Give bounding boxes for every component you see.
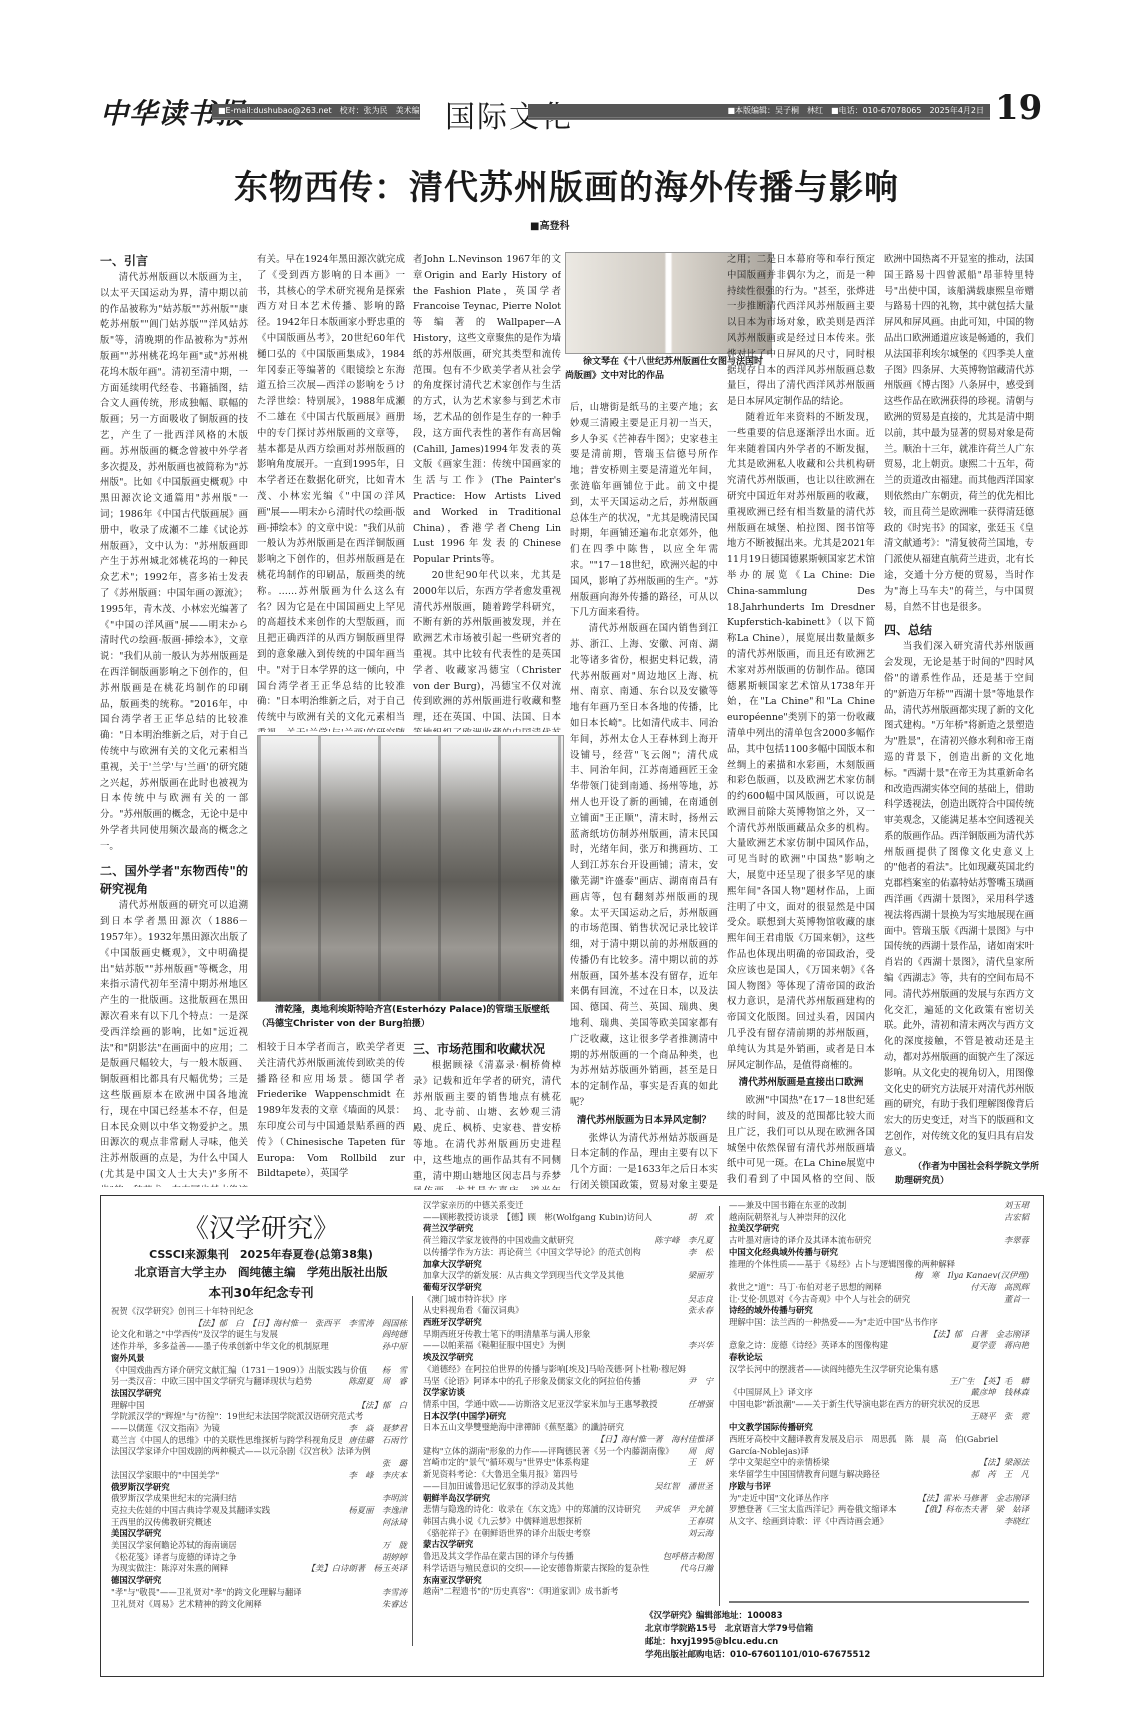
toc-entry-title: 鲁迅及其文学作品在蒙古国的译介与传播 [423,1551,574,1563]
section-heading-market: 三、市场范围和收藏状况 [413,1040,561,1058]
toc-entry: 卫礼贤对《周易》艺术精神的跨文化阐释朱睿达 [111,1599,407,1611]
toc-entry-author [707,1200,713,1212]
toc-entry: 意象之诗：庞德《诗经》英译本的图像构建夏学壹 蒋向艳 [729,1340,1029,1352]
toc-entry-title: 祝贺《汉学研究》创刊三十年特刊纪念 [111,1306,253,1318]
toc-entry: 学院派汉学的"辉煌"与"彷徨"：19世纪末法国学院派汉语研究范式考 [111,1411,407,1423]
paragraph: 后，山塘街是纸马的主要产地；玄妙观三清殿主要是正月初一当天，乡人争买《芒神春牛图… [570,400,718,621]
toc-entry: 王西里的汉传佛教研究概述何泳琦 [111,1517,407,1529]
toc-section-heading: 美国汉学研究 [111,1528,407,1540]
toc-entry: ——兼及中国书籍在东亚的改制刘玉珺 [729,1200,1029,1212]
toc-entry-title: 理解中国 [111,1400,145,1412]
toc-section-heading: 诗经的域外传播与研究 [729,1305,1029,1317]
toc-entry-author: 【法】郁 白 [351,1400,407,1412]
toc-authors: 【日】海村惟一著 海村佳惟译 [423,1434,713,1446]
toc-entry-author: 任增强 [682,1399,713,1411]
toc-entry-author: 万 胧 [376,1540,407,1552]
toc-authors: 梅 寒 Ilya Kanaev(汉伊理) [729,1270,1029,1282]
paragraph: 欧洲中国热离不开显室的推动，法国国王路易十四曾派船"昂菲特里特号"出使中国，该船… [884,252,1034,615]
toc-authors: 【法】郁 白 【日】海村惟一 张西平 李雪涛 阎国栋 [111,1318,407,1330]
toc-entry: 葛兰言《中国人的思维》中的关联性思维探析与跨学科视角反思唐佳璐 石雨竹 [111,1435,407,1447]
toc-entry: 新见资料考论：《大鲁迅全集月报》第四号 [423,1469,713,1481]
toc-entry: 学中文架起空中的亲情桥梁【法】梁源法 [729,1457,1029,1469]
toc-entry-title: 法国汉学家眼中的"中国美学" [111,1470,219,1482]
toc-entry-title: 学中文架起空中的亲情桥梁 [729,1457,830,1469]
toc-entry-title: ——顾彬教授访谈录 【德】顾 彬(Wolfgang Kubin)访问人 [423,1212,652,1224]
toc-entry: 祝贺《汉学研究》创刊三十年特刊纪念 [111,1306,407,1318]
toc-entry-title: 《松花笺》译者与庞德的译诗之争 [111,1552,237,1564]
toc-entry-author: 陈宇峰 李凡夏 [648,1235,713,1247]
toc-entry: 以传播学作为方法：再论荷兰《中国文学导论》的范式创构李 松 [423,1247,713,1259]
toc-entry-author [707,1422,713,1434]
toc-entry-title: 美国汉学家何瞻论苏轼的海南谪居 [111,1540,237,1552]
toc-entry-title: 宫崎市定的"景气"循环观与"世界史"体系构建 [423,1457,589,1469]
toc-section-heading: 朝鲜半岛汉学研究 [423,1493,713,1505]
paragraph: 20世纪90年代以来，尤其是2000年以后，东西方学者愈发重视清代苏州版画，随着… [413,568,561,732]
toc-entry-author [401,1411,407,1423]
toc-entry-title: 卫礼贤对《周易》艺术精神的跨文化阐释 [111,1599,262,1611]
toc-entry: ——顾彬教授访谈录 【德】顾 彬(Wolfgang Kubin)访问人胡 欢 [423,1212,713,1224]
paragraph: 清代苏州版画的研究可以追溯到日本学者黑田源次（1886－1957年）。1932年… [100,898,248,1187]
toc-entry: 早期西班牙传教士笔下的明清鼎革与满人形象 [423,1329,713,1341]
paragraph: 随着近年来资料的不断发现，一些重要的信息逐渐浮出水面。近年来随着国内外学者的不断… [727,410,875,1073]
toc-entry-title: 为现实做注：陈淳对朱熹的阐释 [111,1563,228,1575]
column-divider [412,1296,413,1646]
toc-entry-author: 古宏韬 [998,1212,1029,1224]
toc-entry-author: 刘玉珺 [998,1200,1029,1212]
toc-entry-title: 葛兰言《中国人的思维》中的关联性思维探析与跨学科视角反思 [111,1435,342,1447]
toc-entry-title: 韩国古典小说《九云梦》中儒释道思想探析 [423,1516,582,1528]
article-column-3-continued: 三、市场范围和收藏状况 根据顾禄《清嘉录·桐桥倚棹录》记载和近年学者的研究，清代… [413,1040,561,1190]
contact-bar-right: ■本版编辑：吴子桐 林红 ■电话：010-67078065 2025年4月2日 [528,104,990,120]
author-note: （作者为中国社会科学院文学所助理研究员） [895,1160,1043,1188]
toc-entry-author: 夏学壹 蒋向艳 [964,1340,1029,1352]
hanxue-yanjiu-advertisement: 《汉学研究》 CSSCI来源集刊 2025年春夏卷(总第38集) 北京语言大学主… [100,1195,1044,1677]
toc-entry-author: 包呼格吉勒图 [657,1551,713,1563]
toc-entry: 越南阮朝祭礼与人神崇拜的汉化古宏韬 [729,1212,1029,1224]
toc-entry-author: 【法】雷米·马修著 金志刚译 [911,1493,1029,1505]
page-number: 19 [995,88,1042,128]
paragraph: 欧洲"中国热"在17－18世纪延续的时间，波及的范围都比较大而且广泛，我们可以从… [727,1093,875,1187]
toc-entry: 《骆驼祥子》在朝鲜语世界的译介出版史考察刘云海 [423,1528,713,1540]
journal-publisher-line: 北京语言大学主办 阎纯德主编 学苑出版社出版 [101,1264,421,1280]
paragraph: 清代苏州版画以木版画为主，以太平天国运动为界，清中期以前的作品被称为"姑苏版""… [100,270,248,854]
toc-entry-author: 郝 芮 王 凡 [964,1469,1029,1481]
contact-mailbox: 北京市学院路15号 北京语言大学79号信箱 [645,1623,870,1636]
toc-entry-title: 早期西班牙传教士笔下的明清鼎革与满人形象 [423,1329,591,1341]
article-byline: ■高登科 [530,217,569,232]
toc-entry-author: 【俄】科布杰夫著 梁 姑译 [914,1504,1029,1516]
esterhazy-wallpaper-photo [257,735,564,1002]
article-column-2-continued: 相较于日本学者而言，欧美学者更关注清代苏州版画流传到欧美的传播路径和应用场景。德… [257,1040,405,1190]
contact-divider [729,1601,1029,1603]
paragraph: 当我们深入研究清代苏州版画会发现，无论是基于时间的"四时风俗"的谱系性作品，还是… [884,639,1034,1157]
toc-entry-title: ——以帕莱福《鞑靼征服中国史》为例 [423,1340,565,1352]
toc-entry-title: 理解中国：法兰西的一种热爱——为"走近中国"丛书作序 [729,1317,938,1329]
contact-phone: 学苑出版社邮购电话：010-67601101/010-67675512 [645,1649,870,1662]
toc-entry: 西班牙高校中文翻译教育发展及启示 周思孤 陈 晨 高 伯(Gabriel [729,1434,1029,1446]
toc-entry-title: 从史料视角看《葡汉词典》 [423,1305,524,1317]
toc-entry: 汉学长河中的摆渡者——读阎纯德先生汉学研究论集有感 [729,1364,1029,1376]
toc-entry: 韩国古典小说《九云梦》中儒释道思想探析王春琪 [423,1516,713,1528]
toc-entry-author: 李晓红 [998,1516,1029,1528]
toc-entry: 《澳门城市特许状》序吴志良 [423,1294,713,1306]
toc-entry-title: 西班牙高校中文翻译教育发展及启示 周思孤 陈 晨 高 伯(Gabriel [729,1434,998,1446]
toc-entry: 鲁迅及其文学作品在蒙古国的译介与传播包呼格吉勒图 [423,1551,713,1563]
toc-entry-title: 科学话语与殖民意识的交织——论安德鲁斯蒙古探险的复杂性 [423,1563,649,1575]
toc-section-heading: 日本汉学(中国学)研究 [423,1411,713,1423]
toc-entry: 建构"立体的湖南"形象的力作——评陶德民著《另一个内藤湖南像》周 阅 [423,1446,713,1458]
toc-authors: 张 璐 [111,1458,407,1470]
toc-entry-author: 吴红智 潘世圣 [648,1481,713,1493]
toc-entry-author: 李明滨 [376,1493,407,1505]
article-column-5: 之用；二是日本幕府等和奉行预定中国版画并非偶尔为之，而是一种持续性很强的行为。"… [727,252,875,1187]
toc-entry-author: 周 阅 [682,1446,713,1458]
toc-entry-author [707,1586,713,1598]
toc-entry-title: 《道德经》在阿拉伯世界的传播与影响[埃及]马哈茂德·阿卜杜勒·穆尼姆 [423,1364,686,1376]
toc-entry: 罗懋登著《三宝太监西洋记》两卷俄文缩译本【俄】科布杰夫著 梁 姑译 [729,1504,1029,1516]
toc-entry-title: 荷兰籍汉学家龙彼得的中国戏曲文献研究 [423,1235,574,1247]
toc-entry-title: ——兼及中国书籍在东亚的改制 [729,1200,846,1212]
toc-entry-title: 学院派汉学的"辉煌"与"彷徨"：19世纪末法国学院派汉语研究范式考 [111,1411,363,1423]
toc-entry-author: 孙中原 [376,1341,407,1353]
toc-section-heading: 东南亚汉学研究 [423,1575,713,1587]
toc-section-heading: 窗外风景 [111,1353,407,1365]
article-column-6: 欧洲中国热离不开显室的推动，法国国王路易十四曾派船"昂菲特里特号"出使中国，该船… [884,252,1034,1157]
toc-section-heading: 春秋论坛 [729,1352,1029,1364]
toc-entry-title: 越南"二程遗书"的"历史真容"：《明道家训》成书新考 [423,1586,618,1598]
article-column-2: 有关。早在1924年黑田源次就完成了《受到西方影响的日本画》一书，其核心的学术研… [257,252,405,732]
toc-entry-author: 杨 雪 [376,1365,407,1377]
toc-entry-author: 董首一 [998,1294,1029,1306]
photo-caption-middle: 清乾隆，奥地利埃斯特哈齐宫(Esterhózy Palace)的管瑞玉版壁纸（冯… [257,1003,562,1031]
toc-entry-author: 尹 宁 [682,1376,713,1388]
toc-entry-author: 李 焱 聂梦君 [342,1423,407,1435]
toc-entry: 救世之"道"：马丁·布伯对老子思想的阐释付天海 高凯辉 [729,1282,1029,1294]
toc-entry: 悲情与隐逸的诗化：收录在《东文选》中的郑誧的汉诗研究尹成华 尹允镇 [423,1504,713,1516]
toc-entry: 理解中国【法】郁 白 [111,1400,407,1412]
toc-entry-title: 为"走近中国"文化译丛作序 [729,1493,829,1505]
toc-entry-title: 法国汉学家译介中国戏剧的两种模式——以元杂剧《汉宫秋》法译为例 [111,1446,371,1458]
journal-contact-info: 《汉学研究》编辑部地址：100083 北京市学院路15号 北京语言大学79号信箱… [645,1610,870,1662]
toc-entry-title: 汉学家亲历的中德关系变迁 [423,1200,524,1212]
toc-entry-author [1023,1446,1029,1458]
toc-entry-title: 悲情与隐逸的诗化：收录在《东文选》中的郑誧的汉诗研究 [423,1504,641,1516]
toc-entry-title: "孝"与"敬畏"——卫礼贤对"孝"的跨文化理解与翻译 [111,1587,302,1599]
toc-entry: 为"走近中国"文化译丛作序【法】雷米·马修著 金志刚译 [729,1493,1029,1505]
toc-entry: 法国汉学家眼中的"中国美学"李 峰 李庆本 [111,1470,407,1482]
toc-entry-author [401,1446,407,1458]
toc-entry-title: 中国电影"新浪潮"——关于新生代导演电影在西方的研究状况的反思 [729,1399,980,1411]
journal-issue-line: CSSCI来源集刊 2025年春夏卷(总第38集) [101,1246,421,1262]
toc-entry-title: 意象之诗：庞德《诗经》英译本的图像构建 [729,1340,888,1352]
toc-entry: 从文字、绘画到诗歌：评《中西诗画会通》李晓红 [729,1516,1029,1528]
toc-entry-author: 李翠蓉 [998,1235,1029,1247]
toc-entry-title: 俄罗斯汉学成果世纪末的完满归结 [111,1493,237,1505]
toc-entry-title: ——以儒莲《汉文指南》为镜 [111,1423,220,1435]
toc-entry-title: 《中国屏风上》译文序 [729,1387,813,1399]
toc-entry-author [401,1306,407,1318]
toc-entry-title: 《中国戏曲西方译介研究文献汇编（1731－1909）》出版实践与价值 [111,1365,367,1377]
toc-entry: "孝"与"敬畏"——卫礼贤对"孝"的跨文化理解与翻译李雪涛 [111,1587,407,1599]
toc-entry: 加拿大汉学的新发展：从古典文学到现当代文学及其他梁丽芳 [423,1270,713,1282]
toc-entry: 为现实做注：陈淳对朱熹的阐释【美】白诗朗著 杨玉英译 [111,1563,407,1575]
paragraph: 者John L.Nevinson 1967年的文章Origin and Earl… [413,252,561,568]
toc-entry-title: ——目加田诚鲁迅记忆叙事的浮动及其他 [423,1481,574,1493]
toc-entry-author: 阎纯德 [376,1329,407,1341]
toc-entry-author: 李 峰 李庆本 [342,1470,407,1482]
toc-section-heading: 法国汉学研究 [111,1388,407,1400]
toc-column-2: 汉学家亲历的中德关系变迁——顾彬教授访谈录 【德】顾 彬(Wolfgang Ku… [423,1200,713,1598]
toc-entry-title: 日本五山文學雙璧絶海中津禪師《蕉堅藁》的讖詩研究 [423,1422,624,1434]
toc-entry-author: 陈甜夏 周 睿 [342,1376,407,1388]
toc-entry-title: 从文字、绘画到诗歌：评《中西诗画会通》 [729,1516,888,1528]
toc-entry: 让·艾伦·凯恩对《今古奇观》中个人与社会的研究董首一 [729,1294,1029,1306]
toc-entry-author: 梁丽芳 [682,1270,713,1282]
section-heading-intro: 一、引言 [100,252,248,270]
toc-section-heading: 汉学家访谈 [423,1387,713,1399]
toc-section-heading: 西班牙汉学研究 [423,1317,713,1329]
toc-section-heading: 加拿大汉学研究 [423,1259,713,1271]
article-column-4: 后，山塘街是纸马的主要产地；玄妙观三清殿主要是正月初一当天，乡人争买《芒神春牛图… [570,400,718,1190]
toc-entry: 宫崎市定的"景气"循环观与"世界史"体系构建王 妍 [423,1457,713,1469]
journal-title: 《汉学研究》 [101,1208,421,1245]
toc-column-3: ——兼及中国书籍在东亚的改制刘玉珺越南阮朝祭礼与人神崇拜的汉化古宏韬拉美汉学研究… [729,1200,1029,1528]
toc-entry-author: 李 松 [682,1247,713,1259]
toc-entry: 理解中国：法兰西的一种热爱——为"走近中国"丛书作序 [729,1317,1029,1329]
toc-entry: 法国汉学家译介中国戏剧的两种模式——以元杂剧《汉宫秋》法译为例 [111,1446,407,1458]
toc-authors: 王广生 【英】毛 蟒 [729,1376,1029,1388]
toc-entry: 《松花笺》译者与庞德的译诗之争胡婷婷 [111,1552,407,1564]
toc-entry-title: 情系中国，学通中欧——访斯洛文尼亚汉学家米加与王惠琴教授 [423,1399,658,1411]
toc-entry-title: García-Noblejas)译 [729,1446,809,1458]
toc-section-heading: 葡萄牙汉学研究 [423,1282,713,1294]
toc-entry-author: 代乌日瀚 [674,1563,714,1575]
toc-entry-author [1023,1399,1029,1411]
toc-entry: ——以帕莱福《鞑靼征服中国史》为例李兴华 [423,1340,713,1352]
toc-entry-title: 建构"立体的湖南"形象的力作——评陶德民著《另一个内藤湖南像》 [423,1446,674,1458]
toc-entry: 科学话语与殖民意识的交织——论安德鲁斯蒙古探险的复杂性代乌日瀚 [423,1563,713,1575]
toc-entry-author: 唐佳璐 石雨竹 [342,1435,407,1447]
toc-entry: 来华留学生中国国情教育问题与解决路径郝 芮 王 凡 [729,1469,1029,1481]
toc-entry-author: 胡 欢 [682,1212,713,1224]
toc-entry: 从史料视角看《葡汉词典》张永春 [423,1305,713,1317]
toc-entry: ——目加田诚鲁迅记忆叙事的浮动及其他吴红智 潘世圣 [423,1481,713,1493]
toc-entry-author: 刘云海 [682,1528,713,1540]
contact-bar-left: ■E-mail:dushubao@263.net 校对：张为民 美术编辑：成一村 [212,104,420,120]
toc-entry: 中国电影"新浪潮"——关于新生代导演电影在西方的研究状况的反思 [729,1399,1029,1411]
toc-entry-author [1023,1317,1029,1329]
toc-entry-title: 推理的个体性质——基于《易经》占卜与逻辑图像的两种解释 [729,1259,955,1271]
toc-entry: 日本五山文學雙璧絶海中津禪師《蕉堅藁》的讖詩研究 [423,1422,713,1434]
section-heading-foreign-scholars: 二、国外学者"东物西传"的研究视角 [100,862,248,898]
toc-section-heading: 蒙古汉学研究 [423,1539,713,1551]
toc-entry-author: 胡婷婷 [376,1552,407,1564]
toc-entry-author: 张永春 [682,1305,713,1317]
toc-entry: 《道德经》在阿拉伯世界的传播与影响[埃及]马哈茂德·阿卜杜勒·穆尼姆 [423,1364,713,1376]
toc-entry-title: 越南阮朝祭礼与人神崇拜的汉化 [729,1212,846,1224]
toc-column-1: 祝贺《汉学研究》创刊三十年特刊纪念【法】郁 白 【日】海村惟一 张西平 李雪涛 … [111,1306,407,1610]
toc-entry-author: 王春琪 [682,1516,713,1528]
toc-entry: 俄罗斯汉学成果世纪末的完满归结李明滨 [111,1493,407,1505]
toc-authors: 王晓平 张 霓 [729,1411,1029,1423]
toc-entry-author: 李兴华 [682,1340,713,1352]
journal-anniversary-line: 本刊30年纪念专刊 [101,1283,421,1301]
toc-entry-title: 马坚《论语》阿译本中的孔子形象及儒家文化的阿拉伯传播 [423,1376,641,1388]
toc-entry-title: 加拿大汉学的新发展：从古典文学到现当代文学及其他 [423,1270,624,1282]
toc-entry-title: 《骆驼祥子》在朝鲜语世界的译介出版史考察 [423,1528,591,1540]
toc-entry-title: 来华留学生中国国情教育问题与解决路径 [729,1469,880,1481]
toc-entry: 汉学家亲历的中德关系变迁 [423,1200,713,1212]
toc-entry: 推理的个体性质——基于《易经》占卜与逻辑图像的两种解释 [729,1259,1029,1271]
subheading-japan-custom: 清代苏州版画为日本异风定制？ [570,1113,718,1129]
toc-entry-author [707,1329,713,1341]
toc-entry-author: 杨夏丽 李逸津 [342,1505,407,1517]
toc-entry-author [707,1469,713,1481]
toc-section-heading: 中国文化经典域外传播与研究 [729,1247,1029,1259]
toc-entry: 荷兰籍汉学家龙彼得的中国戏曲文献研究陈宇峰 李凡夏 [423,1235,713,1247]
article-column-3: 者John L.Nevinson 1967年的文章Origin and Earl… [413,252,561,732]
toc-entry: ——以儒莲《汉文指南》为镜李 焱 聂梦君 [111,1423,407,1435]
toc-entry: 述作并举，多多益善——墨子传承创新中华文化的机制原理孙中原 [111,1341,407,1353]
toc-entry-title: 汉学长河中的摆渡者——读阎纯德先生汉学研究论集有感 [729,1364,938,1376]
article-headline: 东物西传：清代苏州版画的海外传播与影响 [0,160,1133,209]
toc-entry-title: 让·艾伦·凯恩对《今古奇观》中个人与社会的研究 [729,1294,910,1306]
toc-entry: 《中国屏风上》译文序戴彦坤 钱林森 [729,1387,1029,1399]
toc-section-heading: 序跋与书评 [729,1481,1029,1493]
toc-section-heading: 埃及汉学研究 [423,1352,713,1364]
paragraph: 相较于日本学者而言，欧美学者更关注清代苏州版画流传到欧美的传播路径和应用场景。德… [257,1040,405,1182]
toc-entry-author: 【法】梁源法 [973,1457,1029,1469]
toc-entry: 古叶墨对唐诗的译介及其译本流布研究李翠蓉 [729,1235,1029,1247]
toc-entry: 论文化和谐之"中学西传"及汉学的诞生与发展阎纯德 [111,1329,407,1341]
toc-entry-title: 王西里的汉传佛教研究概述 [111,1517,212,1529]
toc-entry-author: 【美】白诗朗著 杨玉英译 [301,1563,408,1575]
toc-entry-author: 朱睿达 [376,1599,407,1611]
toc-entry-title: 罗懋登著《三宝太监西洋记》两卷俄文缩译本 [729,1504,897,1516]
toc-entry-author: 戴彦坤 钱林森 [964,1387,1029,1399]
toc-entry-author [707,1364,713,1376]
toc-section-heading: 拉美汉学研究 [729,1223,1029,1235]
toc-entry-title: 救世之"道"：马丁·布伯对老子思想的阐释 [729,1282,882,1294]
toc-entry-author [1023,1434,1029,1446]
toc-entry-title: 论文化和谐之"中学西传"及汉学的诞生与发展 [111,1329,278,1341]
paragraph: 张烨认为清代苏州姑苏版画是日本定制的作品，理由主要有以下几个方面：一是1633年… [570,1131,718,1190]
toc-entry: 克拉夫佐娃的中国古典诗学观及其翻译实践杨夏丽 李逸津 [111,1505,407,1517]
article-column-1: 一、引言 清代苏州版画以木版画为主，以太平天国运动为界，清中期以前的作品被称为"… [100,252,248,1187]
toc-entry-author: 何泳琦 [376,1517,407,1529]
toc-entry-author: 李雪涛 [376,1587,407,1599]
toc-entry-title: 新见资料考论：《大鲁迅全集月报》第四号 [423,1469,578,1481]
toc-section-heading: 德国汉学研究 [111,1575,407,1587]
paragraph: 之用；二是日本幕府等和奉行预定中国版画并非偶尔为之，而是一种持续性很强的行为。"… [727,252,875,410]
toc-entry: 马坚《论语》阿译本中的孔子形象及儒家文化的阿拉伯传播尹 宁 [423,1376,713,1388]
paragraph: 根据顾禄《清嘉录·桐桥倚棹录》记载和近年学者的研究，清代苏州版画主要的销售地点有… [413,1058,561,1190]
toc-entry: 《中国戏曲西方译介研究文献汇编（1731－1909）》出版实践与价值杨 雪 [111,1365,407,1377]
toc-entry: García-Noblejas)译 [729,1446,1029,1458]
column-divider [719,1206,720,1606]
toc-section-heading: 中文教学国际传播研究 [729,1422,1029,1434]
masthead: 中华读书报 ■E-mail:dushubao@263.net 校对：张为民 美术… [100,92,1040,132]
toc-entry-author: 付天海 高凯辉 [964,1282,1029,1294]
toc-entry-title: 述作并举，多多益善——墨子传承创新中华文化的机制原理 [111,1341,329,1353]
toc-entry-author: 尹成华 尹允镇 [648,1504,713,1516]
toc-entry: 情系中国，学通中欧——访斯洛文尼亚汉学家米加与王惠琴教授任增强 [423,1399,713,1411]
toc-entry-title: 以传播学作为方法：再论荷兰《中国文学导论》的范式创构 [423,1247,641,1259]
contact-address: 《汉学研究》编辑部地址：100083 [645,1610,870,1623]
toc-entry: 另一类汉音：中欧三国中国文学研究与翻译现状与趋势陈甜夏 周 睿 [111,1376,407,1388]
toc-entry-title: 克拉夫佐娃的中国古典诗学观及其翻译实践 [111,1505,270,1517]
section-heading-conclusion: 四、总结 [884,621,1034,639]
toc-entry: 越南"二程遗书"的"历史真容"：《明道家训》成书新考 [423,1586,713,1598]
toc-entry-author [1023,1259,1029,1271]
paragraph: 有关。早在1924年黑田源次就完成了《受到西方影响的日本画》一书，其核心的学术研… [257,252,405,732]
toc-section-heading: 俄罗斯汉学研究 [111,1482,407,1494]
contact-email: 邮址：hxyj1995@blcu.edu.cn [645,1636,870,1649]
toc-entry-title: 古叶墨对唐诗的译介及其译本流布研究 [729,1235,871,1247]
toc-entry-author: 吴志良 [682,1294,713,1306]
toc-section-heading: 荷兰汉学研究 [423,1223,713,1235]
toc-entry: 美国汉学家何瞻论苏轼的海南谪居万 胧 [111,1540,407,1552]
toc-authors: 【法】郁 白著 金志刚译 [729,1329,1029,1341]
toc-entry-title: 《澳门城市特许状》序 [423,1294,507,1306]
toc-entry-title: 另一类汉音：中欧三国中国文学研究与翻译现状与趋势 [111,1376,312,1388]
subheading-europe-export: 清代苏州版画是直接出口欧洲 [727,1075,875,1091]
paragraph: 清代苏州版画在国内销售到江苏、浙江、上海、安徽、河南、湖北等诸多省份，根据史料记… [570,621,718,1111]
toc-entry-author: 王 妍 [682,1457,713,1469]
toc-entry-author [1023,1364,1029,1376]
